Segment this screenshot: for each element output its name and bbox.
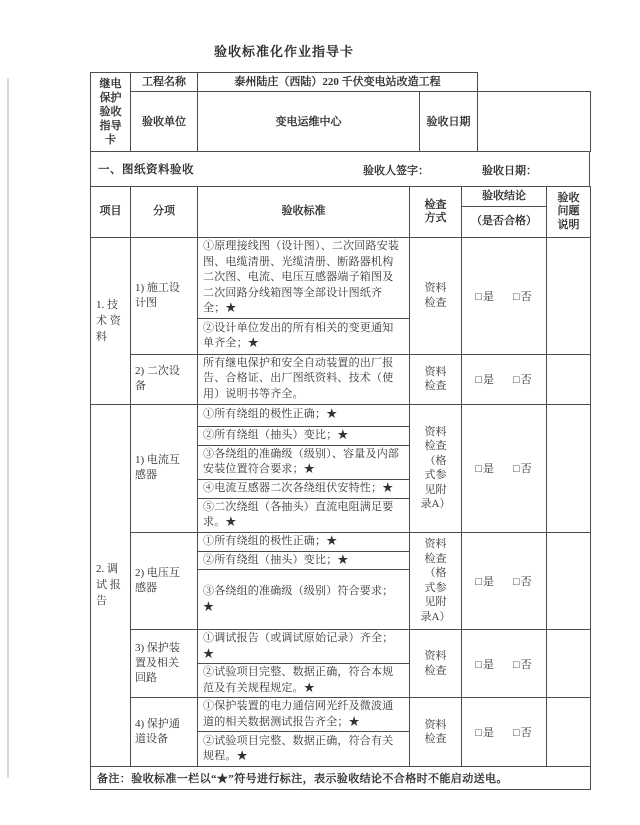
col-header-item: 项目 (91, 187, 131, 238)
checkbox-no[interactable]: □否 (513, 288, 533, 304)
check-method-cell: 资料 检查 (410, 354, 462, 404)
subitem-current-transformer: 1) 电流互 感器 (131, 404, 198, 532)
problem-cell (547, 630, 591, 698)
project-name-value: 泰州陆庄（西陆）220 千伏变电站改造工程 (198, 73, 478, 92)
standard-text: ①所有绕组的极性正确；★ (198, 404, 410, 426)
standard-text: ②试验项目完整、数据正确，符合本规范及有关规程规定。★ (198, 664, 410, 698)
problem-cell (547, 354, 591, 404)
conclusion-cell: □是□否 (462, 354, 547, 404)
problem-cell (547, 238, 591, 355)
checkbox-yes[interactable]: □是 (475, 371, 495, 387)
check-method-cell: 资料 检查 (410, 238, 462, 355)
checkbox-yes[interactable]: □是 (475, 573, 495, 589)
page-title: 验收标准化作业指导卡 (90, 44, 590, 60)
standard-text: ⑤二次绕组（各抽头）直流电阻满足要求。★ (198, 498, 410, 532)
col-header-conclusion: 验收结论 (462, 187, 547, 207)
subitem-voltage-transformer: 2) 电压互 感器 (131, 532, 198, 630)
problem-cell (547, 404, 591, 532)
col-header-method: 检查 方式 (410, 187, 462, 238)
standard-text: ①所有绕组的极性正确；★ (198, 532, 410, 551)
acceptance-date-value (478, 92, 591, 152)
remark-note: 备注：验收标准一栏以“★”符号进行标注，表示验收结论不合格时不能启动送电。 (91, 767, 591, 790)
standard-text: ①调试报告（或调试原始记录）齐全；★ (198, 630, 410, 664)
checkbox-no[interactable]: □否 (513, 573, 533, 589)
standard-text: ①原理接线图（设计图）、二次回路安装图、电缆清册、光缆清册、断路器机构二次图、电… (198, 238, 410, 319)
subitem-protection-device-circuits: 3) 保护装 置及相关 回路 (131, 630, 198, 698)
section-date-label: 验收日期： (482, 162, 537, 178)
check-method-cell: 资料 检查 （格 式参 见附 录A） (410, 404, 462, 532)
signer-label: 验收人签字： (363, 162, 429, 178)
checkbox-yes[interactable]: □是 (475, 724, 495, 740)
conclusion-cell: □是□否 (462, 404, 547, 532)
check-method-cell: 资料 检查 （格 式参 见附 录A） (410, 532, 462, 630)
standard-text: ③各绕组的准确级（级别）、容量及内部安装位置符合要求；★ (198, 445, 410, 479)
standard-text: 所有继电保护和安全自动装置的出厂报告、合格证、出厂图纸资料、技术（使用）说明书等… (198, 354, 410, 404)
item-technical-data: 1. 技 术 资 料 (91, 238, 131, 405)
acceptance-unit-value: 变电运维中心 (198, 92, 420, 152)
project-name-label: 工程名称 (131, 73, 198, 92)
checkbox-no[interactable]: □否 (513, 656, 533, 672)
check-method-cell: 资料 检查 (410, 630, 462, 698)
item-commissioning-report: 2. 调 试 报 告 (91, 404, 131, 767)
header-card-table: 继电 保护 验收 指导 卡 工程名称 泰州陆庄（西陆）220 千伏变电站改造工程… (90, 72, 591, 152)
checkbox-no[interactable]: □否 (513, 460, 533, 476)
subitem-secondary-equipment: 2) 二次设 备 (131, 354, 198, 404)
checkbox-yes[interactable]: □是 (475, 656, 495, 672)
card-side-label: 继电 保护 验收 指导 卡 (91, 73, 131, 152)
standard-text: ②所有绕组（抽头）变比；★ (198, 426, 410, 445)
standard-text: ②设计单位发出的所有相关的变更通知单齐全；★ (198, 318, 410, 354)
problem-cell (547, 698, 591, 767)
col-header-problem: 验收 问题 说明 (547, 187, 591, 238)
standard-text: ②试验项目完整、数据正确，符合有关规程。★ (198, 732, 410, 767)
subitem-protection-channel-equipment: 4) 保护通 道设备 (131, 698, 198, 767)
conclusion-cell: □是□否 (462, 630, 547, 698)
checkbox-no[interactable]: □否 (513, 371, 533, 387)
col-header-subitem: 分项 (131, 187, 198, 238)
check-method-cell: 资料 检查 (410, 698, 462, 767)
conclusion-cell: □是□否 (462, 238, 547, 355)
scan-shadow-edge (7, 78, 9, 778)
acceptance-table: 项目 分项 验收标准 检查 方式 验收结论 验收 问题 说明 （是否合格） 1.… (90, 186, 591, 790)
conclusion-cell: □是□否 (462, 698, 547, 767)
section-title: 一、图纸资料验收 (98, 161, 194, 177)
checkbox-yes[interactable]: □是 (475, 460, 495, 476)
standard-text: ④电流互感器二次各绕组伏安特性；★ (198, 479, 410, 498)
standard-text: ③各绕组的准确级（级别）符合要求；★ (198, 570, 410, 630)
acceptance-unit-label: 验收单位 (131, 92, 198, 152)
checkbox-yes[interactable]: □是 (475, 288, 495, 304)
standard-text: ①保护装置的电力通信网光纤及微波通道的相关数据测试报告齐全；★ (198, 698, 410, 732)
col-header-conclusion-note: （是否合格） (462, 207, 547, 238)
problem-cell (547, 532, 591, 630)
conclusion-cell: □是□否 (462, 532, 547, 630)
acceptance-date-label: 验收日期 (420, 92, 478, 152)
subitem-construction-drawings: 1) 施工设 计图 (131, 238, 198, 355)
checkbox-no[interactable]: □否 (513, 724, 533, 740)
section-bar: 一、图纸资料验收 验收人签字： 验收日期： (90, 152, 590, 186)
standard-text: ②所有绕组（抽头）变比；★ (198, 551, 410, 570)
document: 验收标准化作业指导卡 继电 保护 验收 指导 卡 工程名称 泰州陆庄（西陆）22… (90, 44, 590, 790)
col-header-standard: 验收标准 (198, 187, 410, 238)
